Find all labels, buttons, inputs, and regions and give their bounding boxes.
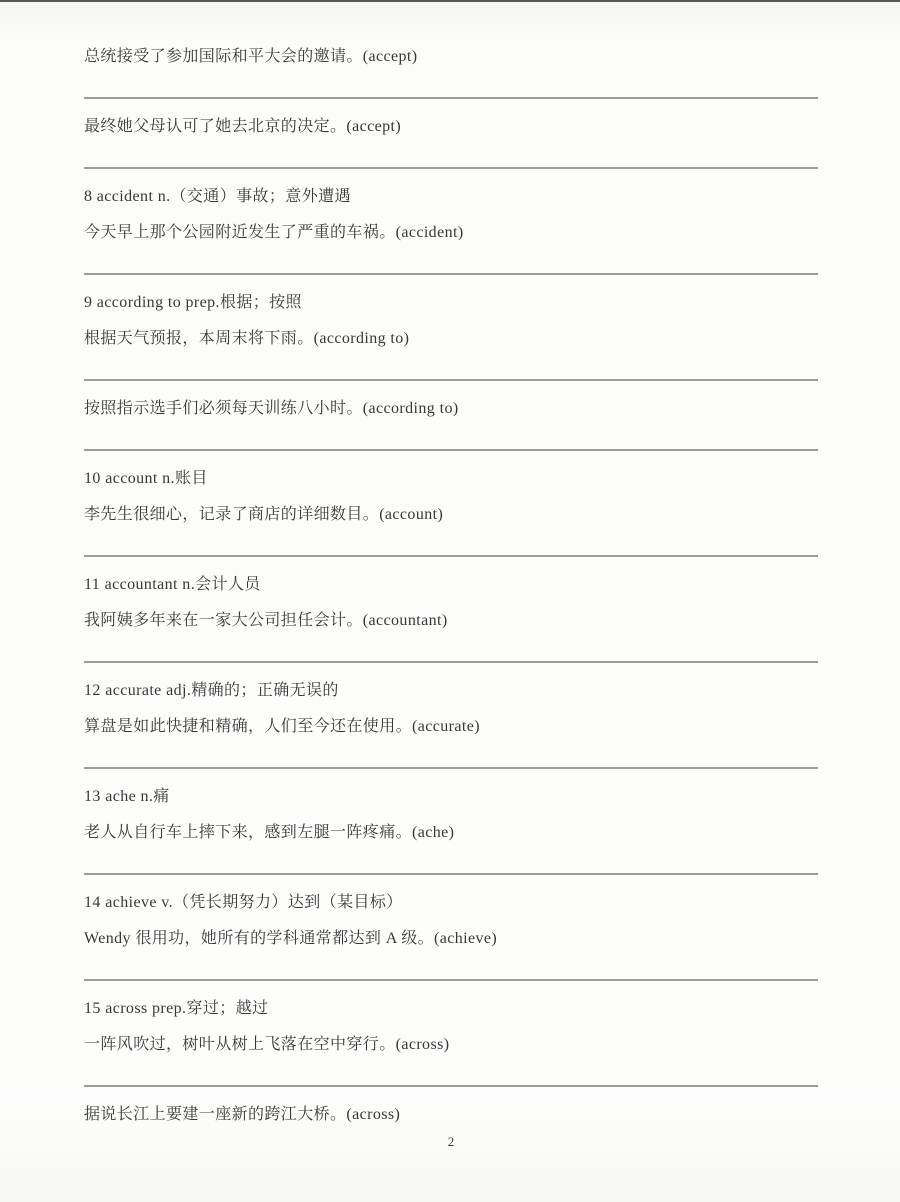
vocab-entry-block: 11 accountant n.会计人员 我阿姨多年来在一家大公司担任会计。(a…: [84, 557, 818, 632]
example-sentence: 一阵风吹过，树叶从树上飞落在空中穿行。(across): [84, 1034, 818, 1056]
vocab-entry-block: 13 ache n.痛 老人从自行车上摔下来，感到左腿一阵疼痛。(ache): [84, 769, 818, 844]
example-sentence: 按照指示选手们必须每天训练八小时。(according to): [84, 398, 818, 420]
example-sentence: 最终她父母认可了她去北京的决定。(accept): [84, 116, 818, 138]
example-sentence: 老人从自行车上摔下来，感到左腿一阵疼痛。(ache): [84, 822, 818, 844]
vocab-entry-block: 据说长江上要建一座新的跨江大桥。(across): [84, 1087, 818, 1126]
example-sentence: Wendy 很用功，她所有的学科通常都达到 A 级。(achieve): [84, 928, 818, 950]
vocab-entry-block: 8 accident n.（交通）事故；意外遭遇 今天早上那个公园附近发生了严重…: [84, 169, 818, 244]
example-sentence: 我阿姨多年来在一家大公司担任会计。(accountant): [84, 610, 818, 632]
worksheet-page: 总统接受了参加国际和平大会的邀请。(accept) 最终她父母认可了她去北京的决…: [0, 2, 900, 1150]
headword-line: 15 across prep.穿过；越过: [84, 998, 818, 1020]
example-sentence: 李先生很细心，记录了商店的详细数目。(account): [84, 504, 818, 526]
vocab-entry-block: 最终她父母认可了她去北京的决定。(accept): [84, 99, 818, 138]
example-sentence: 根据天气预报，本周末将下雨。(according to): [84, 328, 818, 350]
headword-line: 8 accident n.（交通）事故；意外遭遇: [84, 186, 818, 208]
vocab-entry-block: 15 across prep.穿过；越过 一阵风吹过，树叶从树上飞落在空中穿行。…: [84, 981, 818, 1056]
example-sentence: 算盘是如此快捷和精确，人们至今还在使用。(accurate): [84, 716, 818, 738]
vocab-entry-block: 12 accurate adj.精确的；正确无误的 算盘是如此快捷和精确，人们至…: [84, 663, 818, 738]
headword-line: 9 according to prep.根据；按照: [84, 292, 818, 314]
vocab-entry-block: 10 account n.账目 李先生很细心，记录了商店的详细数目。(accou…: [84, 451, 818, 526]
vocab-entry-block: 9 according to prep.根据；按照 根据天气预报，本周末将下雨。…: [84, 275, 818, 350]
headword-line: 12 accurate adj.精确的；正确无误的: [84, 680, 818, 702]
vocab-entry-block: 14 achieve v.（凭长期努力）达到（某目标） Wendy 很用功，她所…: [84, 875, 818, 950]
example-sentence: 据说长江上要建一座新的跨江大桥。(across): [84, 1104, 818, 1126]
page-number: 2: [84, 1134, 818, 1150]
headword-line: 14 achieve v.（凭长期努力）达到（某目标）: [84, 892, 818, 914]
vocab-entry-block: 总统接受了参加国际和平大会的邀请。(accept): [84, 29, 818, 68]
headword-line: 11 accountant n.会计人员: [84, 574, 818, 596]
headword-line: 10 account n.账目: [84, 468, 818, 490]
headword-line: 13 ache n.痛: [84, 786, 818, 808]
vocab-entry-block: 按照指示选手们必须每天训练八小时。(according to): [84, 381, 818, 420]
example-sentence: 今天早上那个公园附近发生了严重的车祸。(accident): [84, 222, 818, 244]
example-sentence: 总统接受了参加国际和平大会的邀请。(accept): [84, 46, 818, 68]
